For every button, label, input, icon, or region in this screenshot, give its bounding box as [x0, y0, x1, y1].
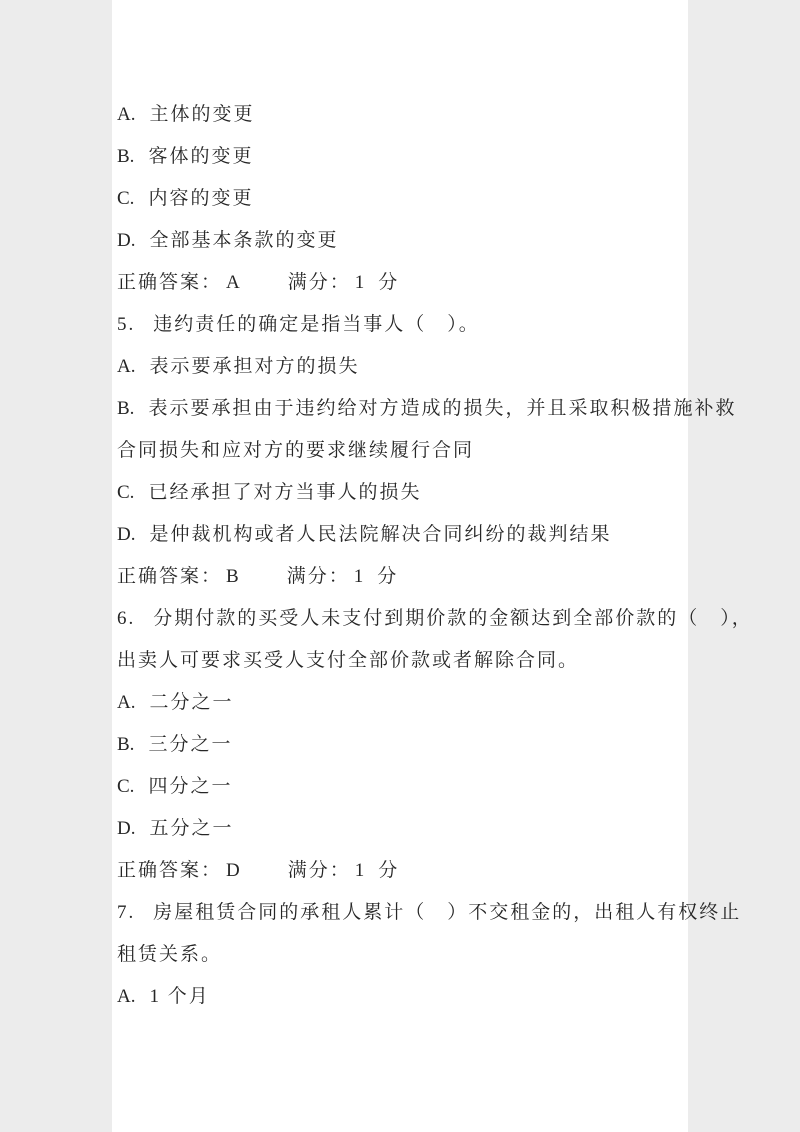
option-text: 1 个月 — [149, 986, 209, 1007]
option-letter: D. — [117, 808, 135, 850]
option-text: 三分之一 — [148, 734, 232, 755]
page-content: A.主体的变更 B.客体的变更 C.内容的变更 D.全部基本条款的变更 正确答案… — [112, 0, 688, 1018]
answer-option: C.内容的变更 — [117, 178, 666, 220]
question-stem: 5.违约责任的确定是指当事人（ ）。 — [117, 304, 666, 346]
score-unit: 分 — [378, 262, 399, 304]
question-stem: 6.分期付款的买受人未支付到期价款的金额达到全部价款的（ ）， — [117, 598, 666, 640]
option-text: 客体的变更 — [148, 146, 253, 167]
correct-answer-value: A — [226, 262, 240, 304]
option-text: 已经承担了对方当事人的损失 — [148, 482, 421, 503]
question-block-6: 6.分期付款的买受人未支付到期价款的金额达到全部价款的（ ）， 出卖人可要求买受… — [117, 598, 666, 892]
question-stem: 7.房屋租赁合同的承租人累计（ ）不交租金的，出租人有权终止 — [117, 892, 666, 934]
question-number: 6. — [117, 598, 135, 640]
option-letter: B. — [117, 388, 134, 430]
answer-option: D.全部基本条款的变更 — [117, 220, 666, 262]
option-text: 是仲裁机构或者人民法院解决合同纠纷的裁判结果 — [149, 524, 611, 545]
option-letter: B. — [117, 724, 134, 766]
score-value: 1 — [355, 262, 365, 304]
document-page: A.主体的变更 B.客体的变更 C.内容的变更 D.全部基本条款的变更 正确答案… — [112, 0, 688, 1132]
option-letter: B. — [117, 136, 134, 178]
option-letter: A. — [117, 976, 135, 1018]
score-unit: 分 — [378, 850, 399, 892]
option-letter: D. — [117, 514, 135, 556]
question-stem-continuation: 租赁关系。 — [117, 934, 666, 976]
question-number: 7. — [117, 892, 135, 934]
option-text: 全部基本条款的变更 — [149, 230, 338, 251]
question-number: 5. — [117, 304, 135, 346]
question-block-5: 5.违约责任的确定是指当事人（ ）。 A.表示要承担对方的损失 B.表示要承担由… — [117, 304, 666, 598]
answer-option: B.表示要承担由于违约给对方造成的损失，并且采取积极措施补救 — [117, 388, 666, 430]
option-text: 表示要承担由于违约给对方造成的损失，并且采取积极措施补救 — [148, 398, 736, 419]
score-unit: 分 — [377, 556, 398, 598]
correct-answer-label: 正确答案： — [117, 860, 222, 881]
answer-option: A.1 个月 — [117, 976, 666, 1018]
score-group: 满分：1分 — [287, 556, 399, 598]
score-group: 满分：1分 — [288, 262, 400, 304]
option-text: 二分之一 — [149, 692, 233, 713]
correct-answer-label: 正确答案： — [117, 272, 222, 293]
answer-row: 正确答案：B满分：1分 — [117, 556, 666, 598]
answer-row: 正确答案：A满分：1分 — [117, 262, 666, 304]
document-viewer-canvas: A.主体的变更 B.客体的变更 C.内容的变更 D.全部基本条款的变更 正确答案… — [0, 0, 800, 1132]
option-letter: A. — [117, 682, 135, 724]
option-text: 表示要承担对方的损失 — [149, 356, 359, 377]
question-stem-continuation: 出卖人可要求买受人支付全部价款或者解除合同。 — [117, 640, 666, 682]
option-letter: A. — [117, 94, 135, 136]
option-letter: D. — [117, 220, 135, 262]
correct-answer-label: 正确答案： — [117, 566, 222, 587]
answer-option: C.四分之一 — [117, 766, 666, 808]
score-label: 满分： — [288, 860, 351, 881]
option-text-continuation: 合同损失和应对方的要求继续履行合同 — [117, 430, 666, 472]
option-letter: C. — [117, 178, 134, 220]
question-stem-text: 房屋租赁合同的承租人累计（ ）不交租金的，出租人有权终止 — [153, 902, 741, 923]
question-stem-text: 违约责任的确定是指当事人（ ）。 — [153, 314, 480, 335]
option-letter: C. — [117, 766, 134, 808]
option-text: 五分之一 — [149, 818, 233, 839]
answer-option: A.二分之一 — [117, 682, 666, 724]
option-letter: C. — [117, 472, 134, 514]
score-value: 1 — [355, 850, 365, 892]
answer-option: B.三分之一 — [117, 724, 666, 766]
question-block-7: 7.房屋租赁合同的承租人累计（ ）不交租金的，出租人有权终止 租赁关系。 A.1… — [117, 892, 666, 1018]
answer-row: 正确答案：D满分：1分 — [117, 850, 666, 892]
option-letter: A. — [117, 346, 135, 388]
question-stem-text: 分期付款的买受人未支付到期价款的金额达到全部价款的（ ）， — [153, 608, 753, 629]
question-block-4: A.主体的变更 B.客体的变更 C.内容的变更 D.全部基本条款的变更 正确答案… — [117, 94, 666, 304]
correct-answer-value: D — [226, 850, 240, 892]
score-value: 1 — [354, 556, 364, 598]
option-text: 主体的变更 — [149, 104, 254, 125]
answer-option: C.已经承担了对方当事人的损失 — [117, 472, 666, 514]
score-group: 满分：1分 — [288, 850, 400, 892]
option-text: 内容的变更 — [148, 188, 253, 209]
answer-option: D.是仲裁机构或者人民法院解决合同纠纷的裁判结果 — [117, 514, 666, 556]
answer-option: A.主体的变更 — [117, 94, 666, 136]
correct-answer-value: B — [226, 556, 239, 598]
answer-option: D.五分之一 — [117, 808, 666, 850]
score-label: 满分： — [288, 272, 351, 293]
answer-option: B.客体的变更 — [117, 136, 666, 178]
score-label: 满分： — [287, 566, 350, 587]
option-text: 四分之一 — [148, 776, 232, 797]
answer-option: A.表示要承担对方的损失 — [117, 346, 666, 388]
